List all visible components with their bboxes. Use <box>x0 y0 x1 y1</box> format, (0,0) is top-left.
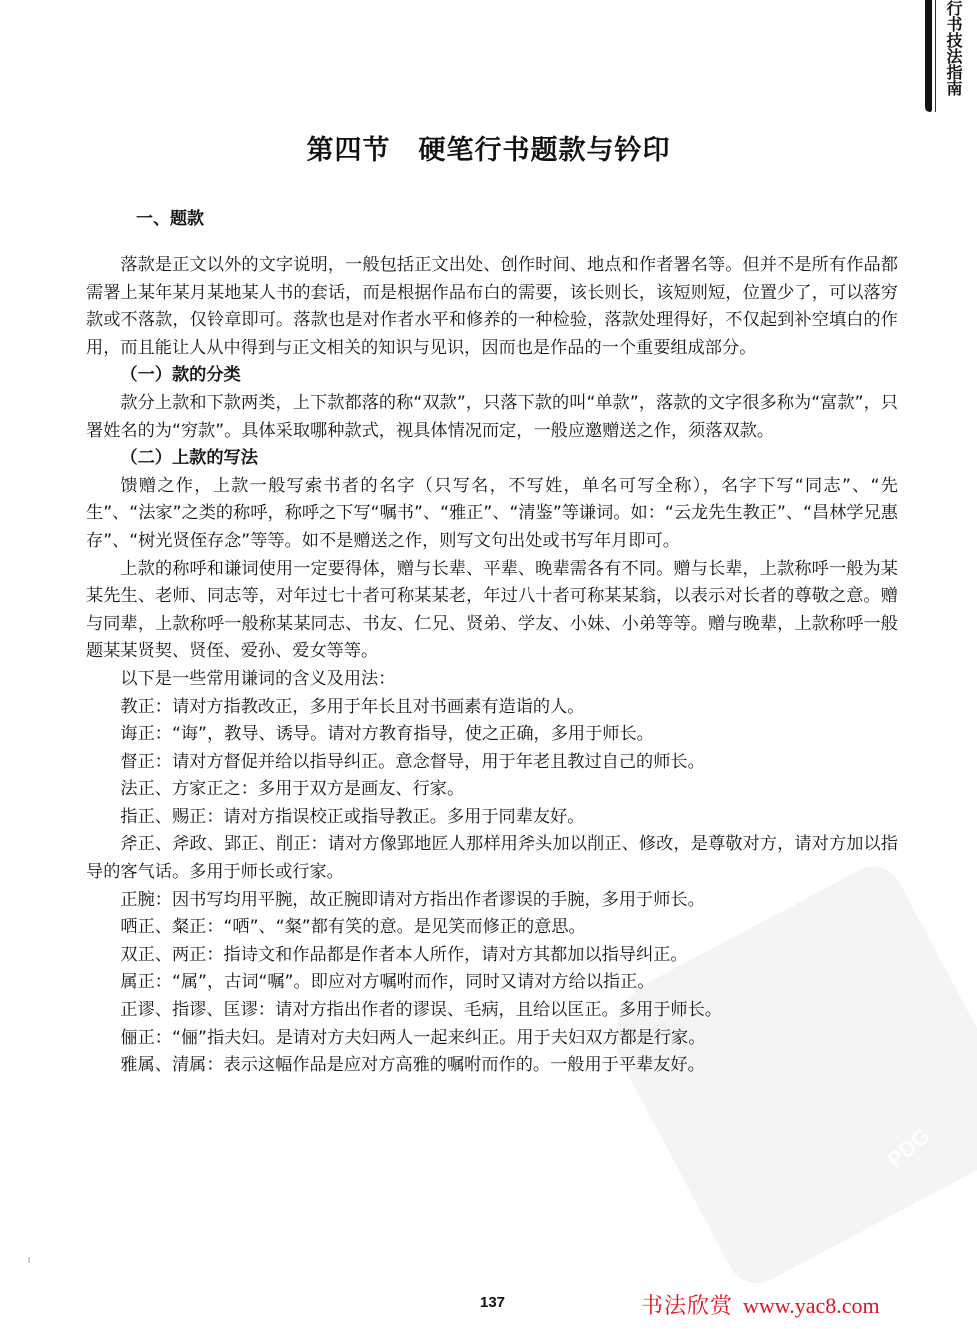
subheading-classification: （一）款的分类 <box>86 362 898 390</box>
site-watermark[interactable]: 书法欣赏www.yac8.com <box>641 1289 880 1320</box>
page-number: 137 <box>480 1294 505 1311</box>
term-item: 哂正、粲正：“哂”、“粲”都有笑的意。是见笑而修正的意思。 <box>86 914 898 942</box>
term-item: 斧正、斧政、郢正、削正：请对方像郢地匠人那样用斧头加以削正、修改，是尊敬对方，请… <box>86 831 898 886</box>
term-item: 诲正：“诲”，教导、诱导。请对方教育指导，使之正确，多用于师长。 <box>86 721 898 749</box>
term-item: 指正、赐正：请对方指误校正或指导教正。多用于同辈友好。 <box>86 804 898 832</box>
paragraph-upper-inscription-2: 上款的称呼和谦词使用一定要得体，赠与长辈、平辈、晚辈需各有不同。赠与长辈，上款称… <box>86 556 898 666</box>
term-item: 正腕：因书写均用平腕，故正腕即请对方指出作者谬误的手腕，多用于师长。 <box>86 887 898 915</box>
side-tab-bar <box>925 0 932 112</box>
subheading-upper-inscription: （二）上款的写法 <box>86 445 898 473</box>
term-item: 俪正：“俪”指夫妇。是请对方夫妇两人一起来纠正。用于夫妇双方都是行家。 <box>86 1025 898 1053</box>
side-tab-rule <box>935 0 936 112</box>
side-tab-label: 行书技法指南 <box>940 0 962 96</box>
term-item: 法正、方家正之：多用于双方是画友、行家。 <box>86 776 898 804</box>
paragraph-list-intro: 以下是一些常用谦词的含义及用法： <box>86 666 898 694</box>
term-item: 属正：“属”，古词“嘱”。即应对方嘱咐而作，同时又请对方给以指正。 <box>86 969 898 997</box>
scan-artifact <box>28 1257 30 1263</box>
section-heading: 一、题款 <box>136 204 204 229</box>
chapter-number: 第四节 <box>307 135 391 166</box>
chapter-title: 硬笔行书题款与钤印 <box>419 135 671 166</box>
page-title: 第四节硬笔行书题款与钤印 <box>0 128 977 167</box>
term-item: 正谬、指谬、匡谬：请对方指出作者的谬误、毛病，且给以匡正。多用于师长。 <box>86 997 898 1025</box>
site-url[interactable]: www.yac8.com <box>743 1293 880 1318</box>
paragraph-upper-inscription-1: 馈赠之作，上款一般写索书者的名字（只写名，不写姓，单名可写全称），名字下写“同志… <box>86 473 898 556</box>
term-item: 雅属、清属：表示这幅作品是应对方高雅的嘱咐而作的。一般用于平辈友好。 <box>86 1052 898 1080</box>
paragraph-classification: 款分上款和下款两类，上下款都落的称“双款”，只落下款的叫“单款”，落款的文字很多… <box>86 390 898 445</box>
term-item: 督正：请对方督促并给以指导纠正。意念督导，用于年老且教过自己的师长。 <box>86 749 898 777</box>
body-text: 落款是正文以外的文字说明，一般包括正文出处、创作时间、地点和作者署名等。但并不是… <box>86 252 898 1080</box>
paragraph-intro: 落款是正文以外的文字说明，一般包括正文出处、创作时间、地点和作者署名等。但并不是… <box>86 252 898 362</box>
site-name: 书法欣赏 <box>641 1293 733 1318</box>
term-item: 双正、两正：指诗文和作品都是作者本人所作，请对方其都加以指导纠正。 <box>86 942 898 970</box>
term-item: 教正：请对方指教改正，多用于年长且对书画素有造诣的人。 <box>86 694 898 722</box>
